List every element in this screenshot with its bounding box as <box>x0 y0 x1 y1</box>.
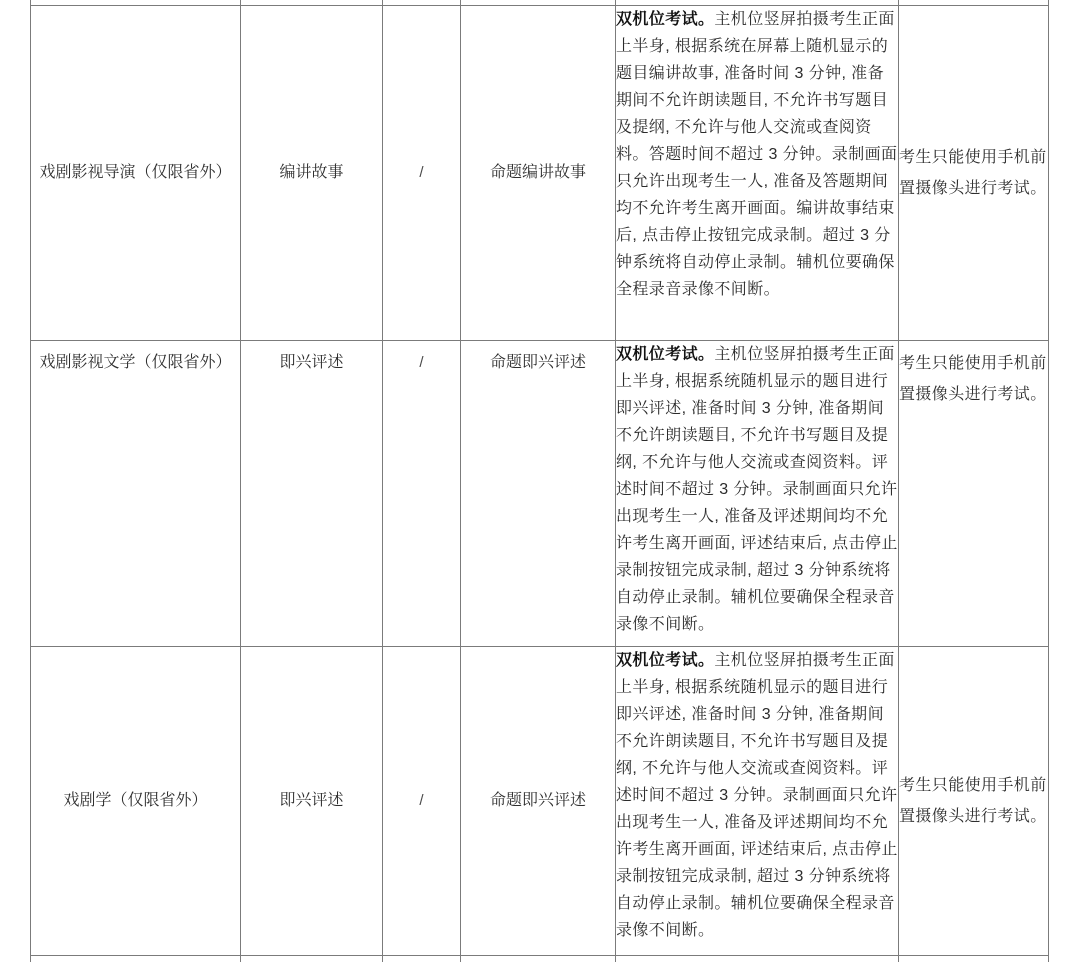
cut-cell <box>241 956 383 963</box>
cut-cell <box>31 956 241 963</box>
requirements-body: 主机位竖屏拍摄考生正面上半身, 根据系统随机显示的题目进行即兴评述, 准备时间 … <box>616 346 898 633</box>
requirements-body: 主机位竖屏拍摄考生正面上半身, 根据系统在屏幕上随机显示的题目编讲故事, 准备时… <box>616 11 897 298</box>
major-cell: 戏剧学（仅限省外） <box>31 647 241 956</box>
subject-cell: 即兴评述 <box>241 341 383 647</box>
requirements-lead: 双机位考试。 <box>616 346 714 363</box>
table-row: 戏剧影视文学（仅限省外） 即兴评述 / 命题即兴评述 双机位考试。主机位竖屏拍摄… <box>31 341 1049 647</box>
subject-cell: 即兴评述 <box>241 647 383 956</box>
exam-content-cell: 命题编讲故事 <box>461 6 616 341</box>
table-row-cut-bottom <box>31 956 1049 963</box>
table-row: 戏剧学（仅限省外） 即兴评述 / 命题即兴评述 双机位考试。主机位竖屏拍摄考生正… <box>31 647 1049 956</box>
requirements-lead: 双机位考试。 <box>616 652 714 669</box>
exam-content-cell: 命题即兴评述 <box>461 341 616 647</box>
requirements-cell: 双机位考试。主机位竖屏拍摄考生正面上半身, 根据系统随机显示的题目进行即兴评述,… <box>616 647 899 956</box>
separator-cell: / <box>383 341 461 647</box>
exam-subjects-table: 戏剧影视导演（仅限省外） 编讲故事 / 命题编讲故事 双机位考试。主机位竖屏拍摄… <box>30 0 1049 962</box>
note-cell: 考生只能使用手机前置摄像头进行考试。 <box>899 647 1049 956</box>
note-cell: 考生只能使用手机前置摄像头进行考试。 <box>899 341 1049 647</box>
table-row: 戏剧影视导演（仅限省外） 编讲故事 / 命题编讲故事 双机位考试。主机位竖屏拍摄… <box>31 6 1049 341</box>
separator-cell: / <box>383 647 461 956</box>
requirements-cell: 双机位考试。主机位竖屏拍摄考生正面上半身, 根据系统随机显示的题目进行即兴评述,… <box>616 341 899 647</box>
major-cell: 戏剧影视导演（仅限省外） <box>31 6 241 341</box>
cut-cell <box>461 956 616 963</box>
requirements-body: 主机位竖屏拍摄考生正面上半身, 根据系统随机显示的题目进行即兴评述, 准备时间 … <box>616 652 898 939</box>
note-cell: 考生只能使用手机前置摄像头进行考试。 <box>899 6 1049 341</box>
cut-cell <box>616 956 899 963</box>
cut-cell <box>383 956 461 963</box>
major-cell: 戏剧影视文学（仅限省外） <box>31 341 241 647</box>
exam-content-cell: 命题即兴评述 <box>461 647 616 956</box>
requirements-cell: 双机位考试。主机位竖屏拍摄考生正面上半身, 根据系统在屏幕上随机显示的题目编讲故… <box>616 6 899 341</box>
cut-cell <box>899 956 1049 963</box>
document-page: 戏剧影视导演（仅限省外） 编讲故事 / 命题编讲故事 双机位考试。主机位竖屏拍摄… <box>0 0 1080 963</box>
subject-cell: 编讲故事 <box>241 6 383 341</box>
requirements-lead: 双机位考试。 <box>616 11 714 28</box>
separator-cell: / <box>383 6 461 341</box>
